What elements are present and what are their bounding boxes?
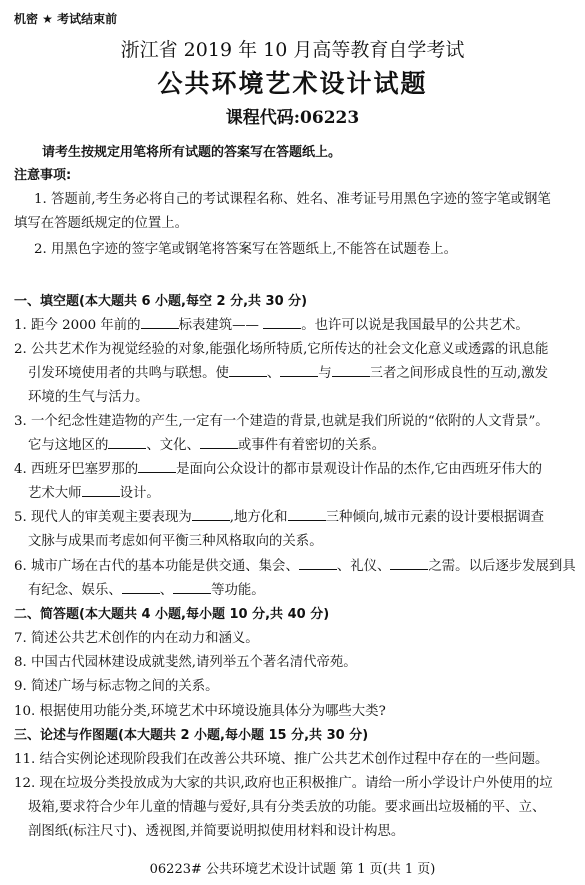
question-12-line3: 剖图纸(标注尺寸)、透视图,并简要说明拟使用材料和设计构思。 <box>28 820 404 844</box>
question-1: 1. 距今 2000 年前的标表建筑—— 。也许可以说是我国最早的公共艺术。 <box>14 314 529 338</box>
exam-title: 浙江省 2019 年 10 月高等教育自学考试 <box>0 35 585 62</box>
section1-title: 一、填空题(本大题共 6 小题,每空 2 分,共 30 分) <box>14 290 307 314</box>
question-2-line3: 环境的生气与活力。 <box>28 386 149 410</box>
blank <box>82 484 120 497</box>
course-code: 课程代码:06223 <box>0 103 585 128</box>
blank <box>280 364 318 377</box>
blank <box>332 364 370 377</box>
question-10: 10. 根据使用功能分类,环境艺术中环境设施具体分为哪些大类? <box>14 700 386 724</box>
question-6-line2: 有纪念、娱乐、、等功能。 <box>28 579 265 603</box>
blank <box>192 508 230 521</box>
blank <box>108 436 146 449</box>
question-2-line1: 2. 公共艺术作为视觉经验的对象,能强化场所特质,它所传达的社会文化意义或透露的… <box>14 338 548 362</box>
question-7: 7. 简述公共艺术创作的内在动力和涵义。 <box>14 627 259 651</box>
question-9: 9. 简述广场与标志物之间的关系。 <box>14 675 219 699</box>
question-3-line1: 3. 一个纪念性建造物的产生,一定有一个建造的背景,也就是我们所说的“依附的人文… <box>14 410 549 434</box>
blank <box>390 557 428 570</box>
question-8: 8. 中国古代园林建设成就斐然,请列举五个著名清代帝苑。 <box>14 651 357 675</box>
question-5-line1: 5. 现代人的审美观主要表现为,地方化和三种倾向,城市元素的设计要根据调查 <box>14 506 544 530</box>
question-6-line1: 6. 城市广场在古代的基本功能是供交通、集会、、礼仪、之需。以后逐步发展到具 <box>14 555 576 579</box>
question-4-line2: 艺术大师设计。 <box>28 482 160 506</box>
blank <box>173 581 211 594</box>
question-2-line2: 引发环境使用者的共鸣与联想。使、与三者之间形成良性的互动,激发 <box>28 362 548 386</box>
question-4-line1: 4. 西班牙巴塞罗那的是面向公众设计的都市景观设计作品的杰作,它由西班牙伟大的 <box>14 458 542 482</box>
blank <box>122 581 160 594</box>
confidential-label: 机密 ★ 考试结束前 <box>14 10 117 27</box>
notes-title: 注意事项: <box>14 164 71 188</box>
question-12-line1: 12. 现在垃圾分类投放成为大家的共识,政府也正积极推广。请给一所小学设计户外使… <box>14 772 553 796</box>
section2-title: 二、简答题(本大题共 4 小题,每小题 10 分,共 40 分) <box>14 603 329 627</box>
note-1a: 1. 答题前,考生务必将自己的考试课程名称、姓名、准考证号用黑色字迹的签字笔或钢… <box>34 188 551 212</box>
blank <box>138 460 176 473</box>
question-5-line2: 文脉与成果而考虑如何平衡三种风格取向的关系。 <box>28 530 323 554</box>
blank <box>200 436 238 449</box>
blank <box>288 508 326 521</box>
subject-title: 公共环境艺术设计试题 <box>0 64 585 100</box>
page-footer: 06223# 公共环境艺术设计试题 第 1 页(共 1 页) <box>0 858 585 877</box>
section3-title: 三、论述与作图题(本大题共 2 小题,每小题 15 分,共 30 分) <box>14 724 368 748</box>
instructions-intro: 请考生按规定用笔将所有试题的答案写在答题纸上。 <box>42 141 341 165</box>
question-11: 11. 结合实例论述现阶段我们在改善公共环境、推广公共艺术创作过程中存在的一些问… <box>14 748 548 772</box>
question-12-line2: 圾箱,要求符合少年儿童的情趣与爱好,具有分类丢放的功能。要求画出垃圾桶的平、立、 <box>28 796 545 820</box>
blank <box>229 364 267 377</box>
blank <box>141 316 179 329</box>
blank <box>299 557 337 570</box>
note-2: 2. 用黑色字迹的签字笔或钢笔将答案写在答题纸上,不能答在试题卷上。 <box>34 238 457 262</box>
note-1b: 填写在答题纸规定的位置上。 <box>14 212 188 236</box>
question-3-line2: 它与这地区的、文化、或事件有着密切的关系。 <box>28 434 385 458</box>
blank <box>263 316 301 329</box>
